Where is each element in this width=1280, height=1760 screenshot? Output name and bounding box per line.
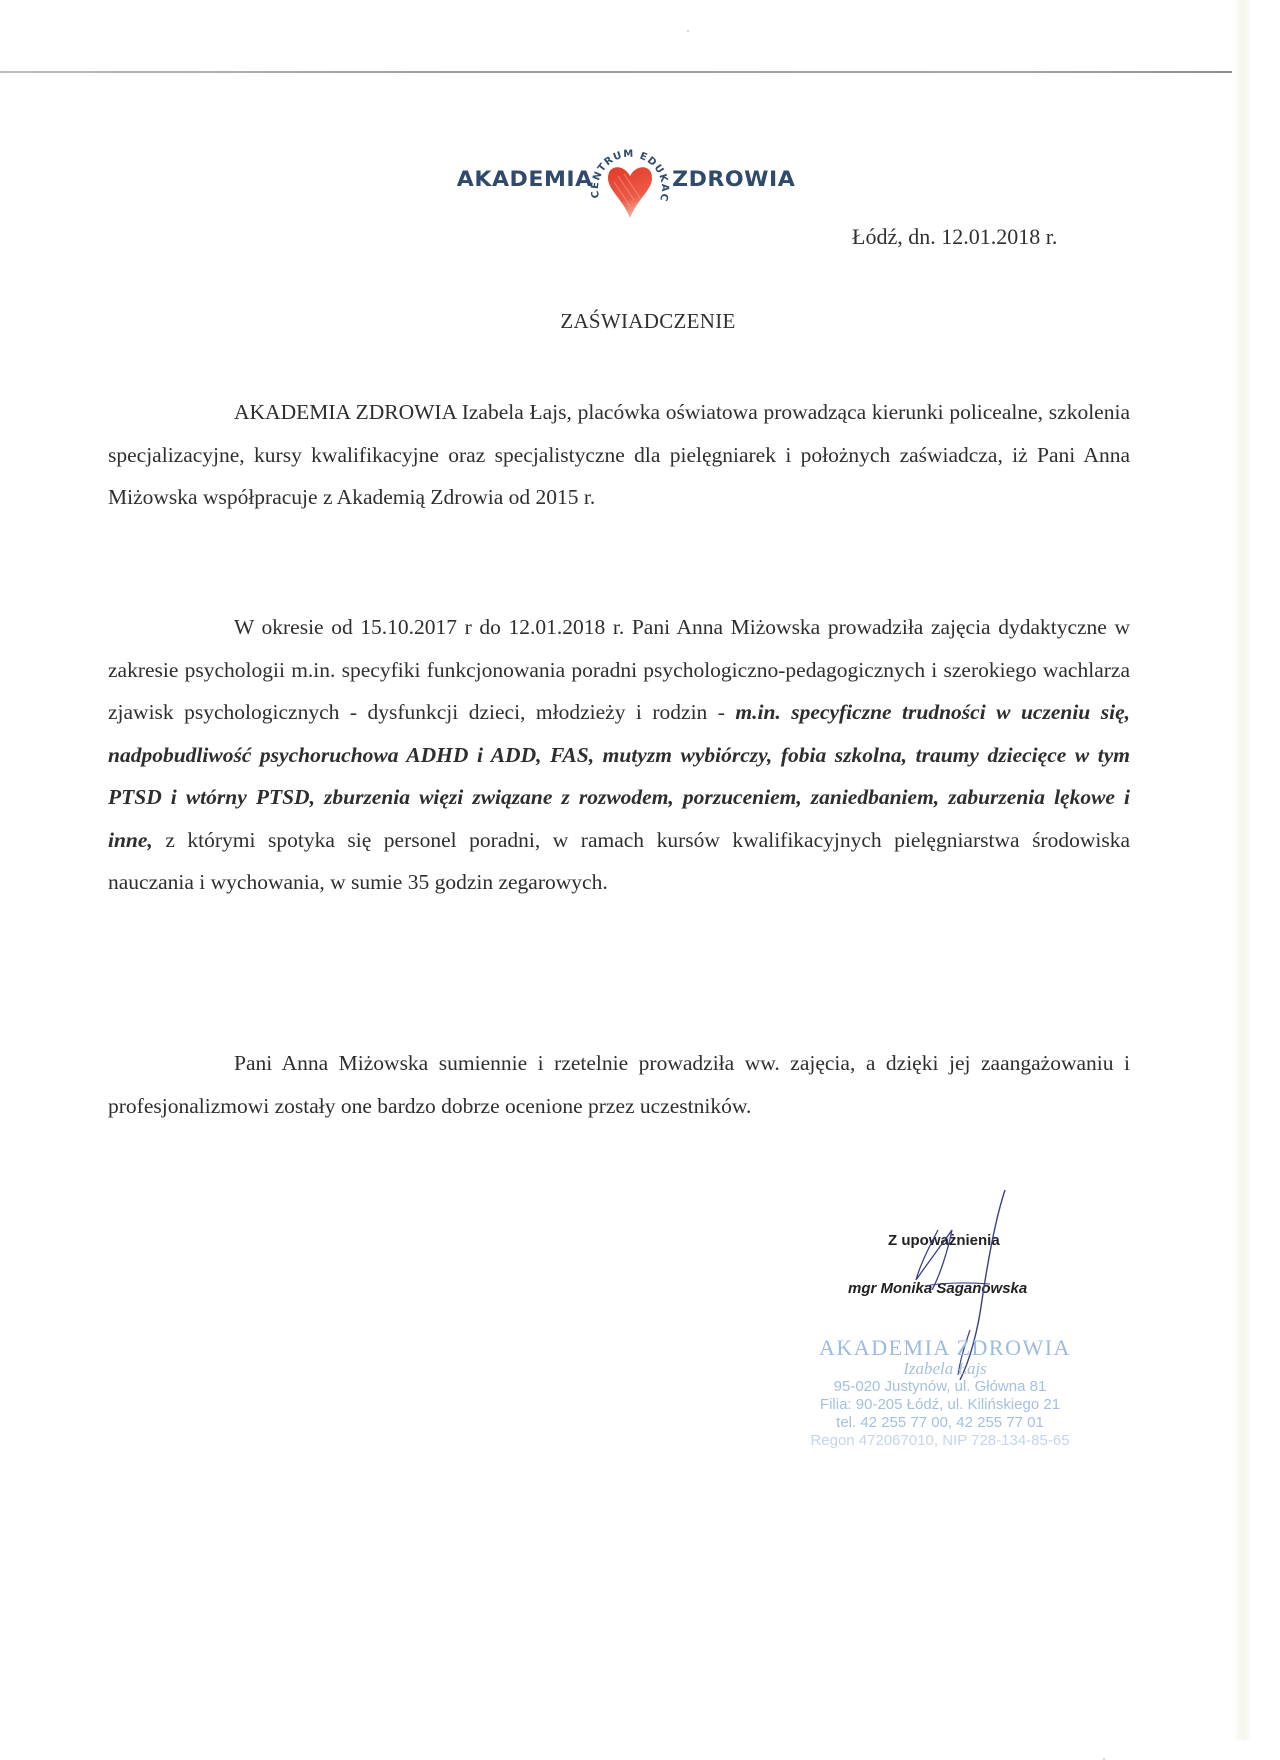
authorization-label: Z upoważnienia: [888, 1232, 1000, 1249]
paragraph-2-outro: z którymi spotyka się personel poradni, …: [108, 828, 1130, 895]
paragraph-1-text: AKADEMIA ZDROWIA Izabela Łajs, placówka …: [108, 400, 1130, 509]
paragraph-1: AKADEMIA ZDROWIA Izabela Łajs, placówka …: [108, 391, 1130, 519]
document-title: ZAŚWIADCZENIE: [0, 309, 1280, 334]
stamp-name: AKADEMIA ZDROWIA: [760, 1336, 1120, 1360]
scan-speck: [687, 30, 689, 32]
stamp-ids: Regon 472067010, NIP 728-134-85-65: [760, 1432, 1120, 1450]
signatory-name: mgr Monika Saganowska: [848, 1280, 1027, 1297]
scan-edge-shadow: [1236, 0, 1250, 1740]
institution-stamp: AKADEMIA ZDROWIA Izabela Łajs 95-020 Jus…: [760, 1336, 1120, 1450]
top-border-line: [0, 71, 1232, 73]
logo-word-zdrowia: ZDROWIA: [672, 167, 795, 191]
stamp-owner: Izabela Łajs: [760, 1360, 1120, 1378]
heart-icon: CENTRUM EDUKACJI: [590, 140, 670, 230]
stamp-address: 95-020 Justynów, ul. Główna 81: [760, 1378, 1120, 1396]
paragraph-3: Pani Anna Miżowska sumiennie i rzetelnie…: [108, 1042, 1130, 1127]
place-and-date: Łódź, dn. 12.01.2018 r.: [852, 224, 1057, 250]
paragraph-3-text: Pani Anna Miżowska sumiennie i rzetelnie…: [108, 1051, 1130, 1118]
paragraph-2: W okresie od 15.10.2017 r do 12.01.2018 …: [108, 606, 1130, 904]
logo-word-akademia: AKADEMIA: [457, 167, 593, 191]
stamp-branch: Filia: 90-205 Łódź, ul. Kilińskiego 21: [760, 1396, 1120, 1414]
akademia-zdrowia-logo: AKADEMIA CENTRUM EDUKACJI ZDROWIA: [450, 140, 770, 230]
stamp-phone: tel. 42 255 77 00, 42 255 77 01: [760, 1414, 1120, 1432]
